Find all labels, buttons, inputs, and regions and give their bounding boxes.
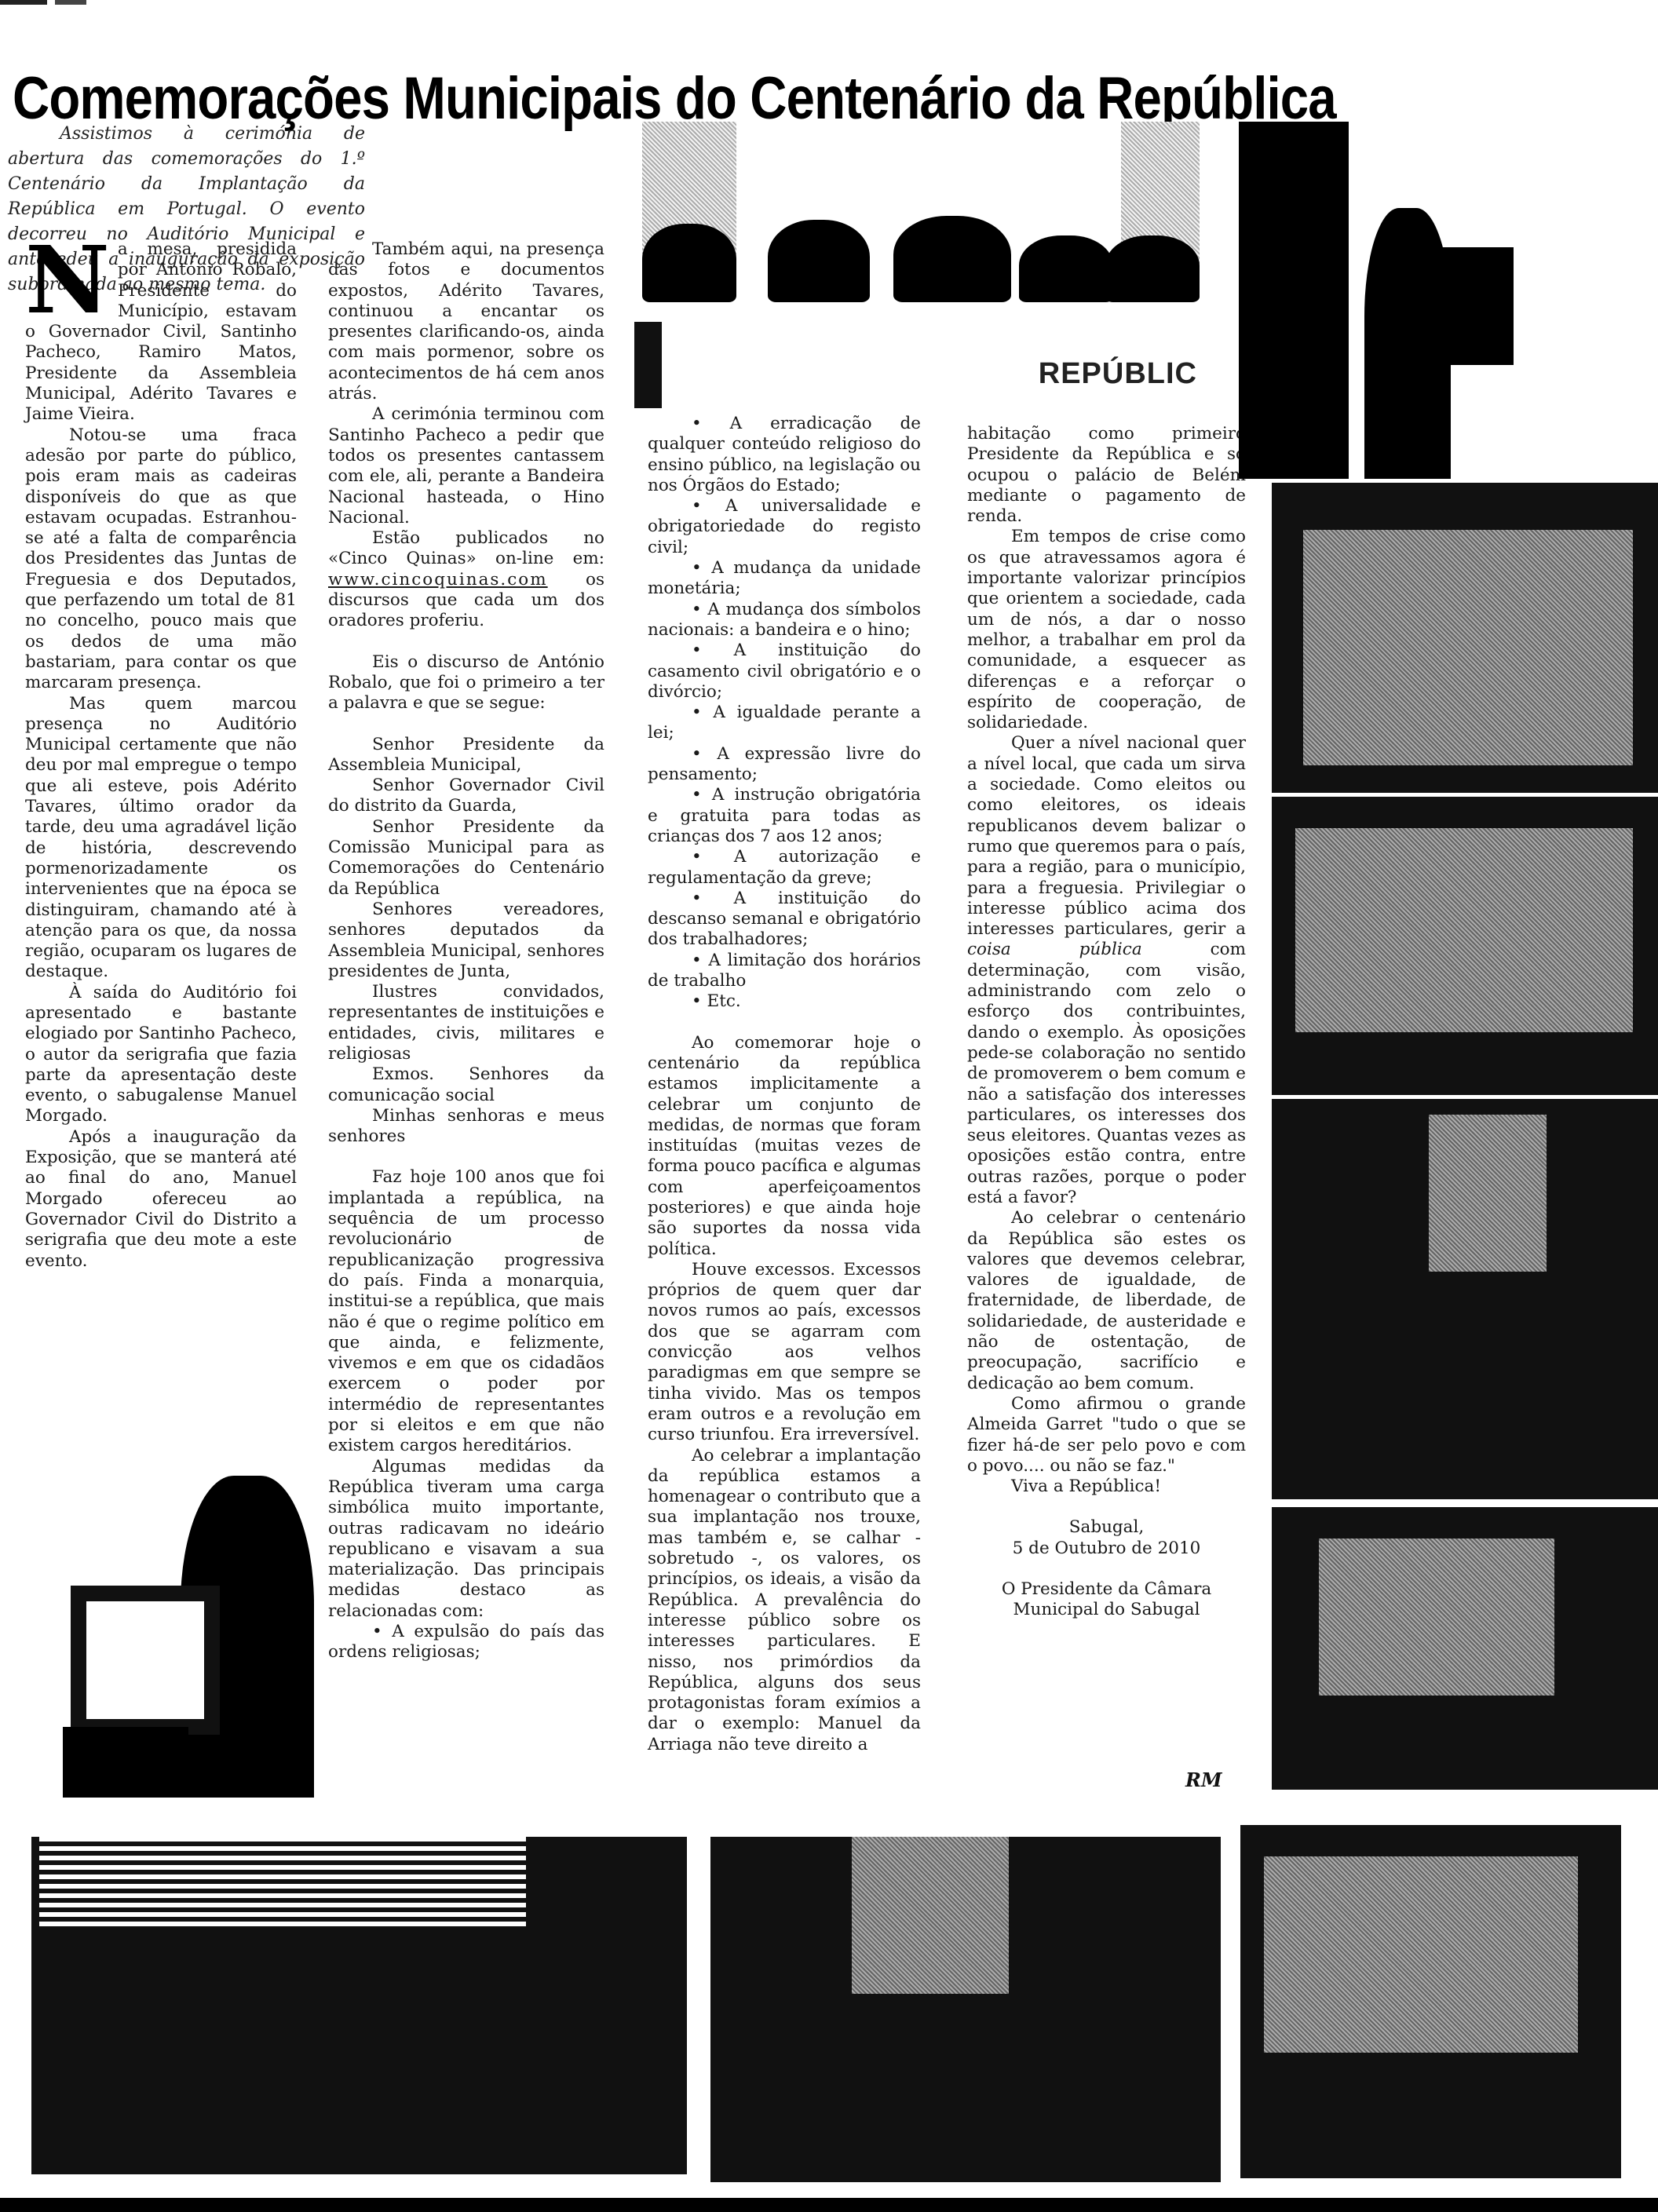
bullet-item: A igualdade perante a lei; xyxy=(648,703,921,744)
bullet-item: A erradicação de qualquer conteúdo relig… xyxy=(648,414,921,496)
salutation: Minhas senhoras e meus senhores xyxy=(328,1106,604,1148)
photo-exhibition xyxy=(1272,1507,1658,1790)
bottom-rule xyxy=(0,2198,1658,2212)
bullet-item: A limitação dos horários de trabalho xyxy=(648,951,921,992)
paragraph-text: com determinação, com visão, administran… xyxy=(967,940,1246,1207)
bullet-item: A instrução obrigatória e gratuita para … xyxy=(648,785,921,847)
photo-group-3 xyxy=(1240,1825,1621,2178)
bullet-item: Etc. xyxy=(648,991,921,1012)
paragraph: Após a inauguração da Exposição, que se … xyxy=(25,1127,297,1272)
top-rule-2 xyxy=(55,0,86,5)
bullet-item: A mudança dos símbolos nacionais: a band… xyxy=(648,600,921,641)
bullet-item: A instituição do descanso semanal e obri… xyxy=(648,889,921,951)
column-1: Na mesa, presidida por António Robalo, P… xyxy=(25,239,297,1272)
photo-portrait-small xyxy=(634,322,662,408)
top-rule xyxy=(0,0,47,5)
paragraph: Estão publicados no «Cinco Quinas» on-li… xyxy=(328,528,604,631)
column-3: A erradicação de qualquer conteúdo relig… xyxy=(648,414,921,1755)
paragraph-text: Quer a nível nacional quer a nível local… xyxy=(967,733,1246,939)
paragraph: Ao celebrar o centenário da República sã… xyxy=(967,1208,1246,1394)
signer-title: O Presidente da Câmara xyxy=(967,1579,1246,1600)
paragraph-text: Estão publicados no «Cinco Quinas» on-li… xyxy=(328,528,604,568)
paragraph: Ao celebrar a implantação da república e… xyxy=(648,1446,921,1755)
republica-banner: REPÚBLIC xyxy=(773,357,1197,412)
paragraph: Eis o discurso de António Robalo, que fo… xyxy=(328,652,604,714)
salutation: Senhor Presidente da Comissão Municipal … xyxy=(328,817,604,900)
photo-panel-table xyxy=(634,122,1203,302)
paragraph: Como afirmou o grande Almeida Garret "tu… xyxy=(967,1394,1246,1476)
photo-group-1 xyxy=(31,1837,687,2174)
photo-artist-easel xyxy=(31,1429,322,1798)
bullet-item: A mudança da unidade monetária; xyxy=(648,558,921,600)
italic-text: coisa pública xyxy=(967,940,1142,959)
paragraph: Mas quem marcou presença no Auditório Mu… xyxy=(25,694,297,983)
salutation: Senhores vereadores, senhores deputados … xyxy=(328,900,604,982)
salutation: Senhor Governador Civil do distrito da G… xyxy=(328,776,604,817)
paragraph: A cerimónia terminou com Santinho Pachec… xyxy=(328,404,604,528)
salutation: Ilustres convidados, representantes de i… xyxy=(328,982,604,1064)
place: Sabugal, xyxy=(967,1517,1246,1538)
paragraph: Em tempos de crise como os que atravessa… xyxy=(967,527,1246,733)
paragraph: Algumas medidas da República tiveram uma… xyxy=(328,1457,604,1622)
column-2: Também aqui, na presença das fotos e doc… xyxy=(328,239,604,1663)
paragraph: Na mesa, presidida por António Robalo, P… xyxy=(25,239,297,425)
paragraph: Faz hoje 100 anos que foi implantada a r… xyxy=(328,1167,604,1456)
column-4: habitação como primeiro Presidente da Re… xyxy=(967,424,1246,1621)
bullet-item: A autorização e regulamentação da greve; xyxy=(648,847,921,889)
signer-title: Municipal do Sabugal xyxy=(967,1600,1246,1620)
date: 5 de Outubro de 2010 xyxy=(967,1539,1246,1559)
paragraph: Notou-se uma fraca adesão por parte do p… xyxy=(25,425,297,694)
bullet-item: A expressão livre do pensamento; xyxy=(648,744,921,786)
photo-group-2 xyxy=(710,1837,1221,2182)
paragraph: Houve excessos. Excessos próprios de que… xyxy=(648,1260,921,1446)
bullet-item: A expulsão do país das ordens religiosas… xyxy=(328,1622,604,1663)
drop-cap: N xyxy=(25,244,110,316)
salutation: Senhor Presidente da Assembleia Municipa… xyxy=(328,735,604,776)
salutation: Exmos. Senhores da comunicação social xyxy=(328,1064,604,1106)
bullet-item: A universalidade e obrigatoriedade do re… xyxy=(648,496,921,558)
paragraph: Ao comemorar hoje o centenário da repúbl… xyxy=(648,1033,921,1260)
paragraph: À saída do Auditório foi apresentado e b… xyxy=(25,983,297,1127)
bullet-item: A instituição do casamento civil obrigat… xyxy=(648,641,921,703)
photo-audience-2 xyxy=(1272,797,1658,1095)
paragraph: Também aqui, na presença das fotos e doc… xyxy=(328,239,604,404)
paragraph: Quer a nível nacional quer a nível local… xyxy=(967,733,1246,1208)
byline: RM xyxy=(1185,1769,1222,1791)
website-link[interactable]: www.cincoquinas.com xyxy=(328,570,548,590)
closing: Viva a República! xyxy=(967,1476,1246,1497)
photo-speaker-lectern xyxy=(1239,122,1658,479)
paragraph: habitação como primeiro Presidente da Re… xyxy=(967,424,1246,527)
photo-audience-1 xyxy=(1272,483,1658,793)
photo-presentation xyxy=(1272,1099,1658,1499)
